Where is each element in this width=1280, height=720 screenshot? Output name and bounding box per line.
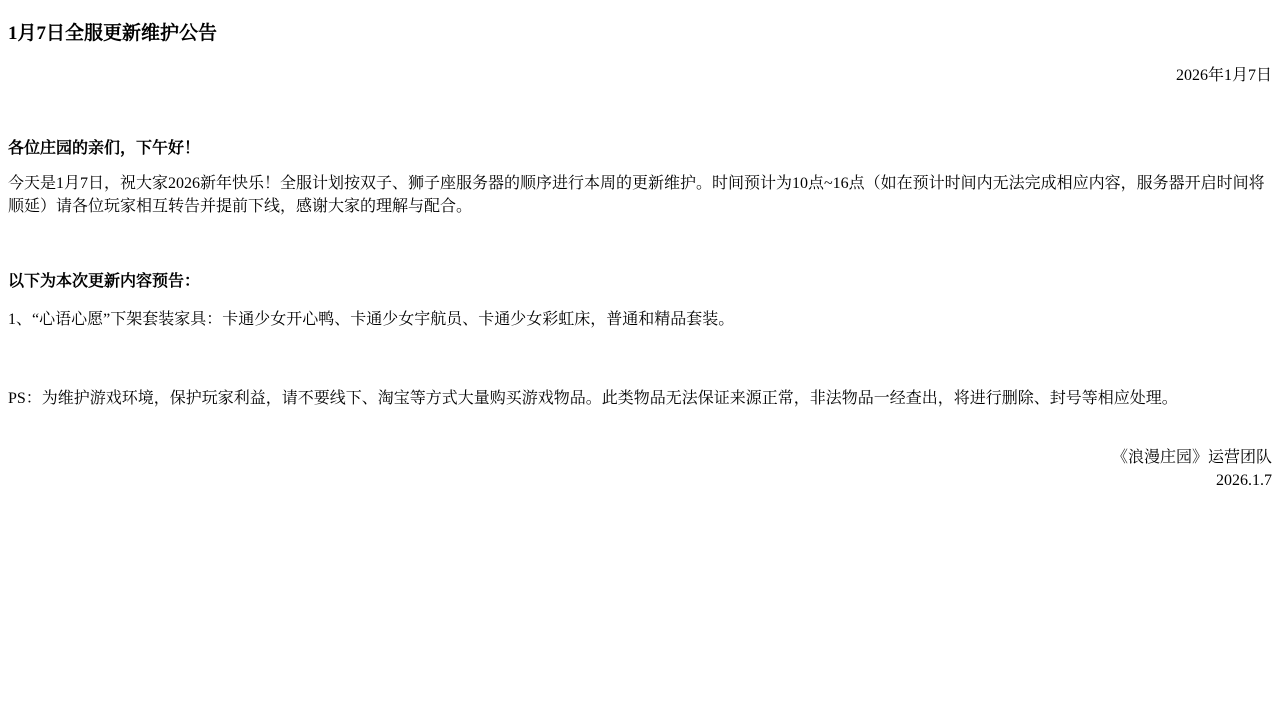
signature-block: 《浪漫庄园》运营团队 2026.1.7 xyxy=(8,446,1272,492)
ps-note: PS：为维护游戏环境，保护玩家利益，请不要线下、淘宝等方式大量购买游戏物品。此类… xyxy=(8,387,1272,410)
signature-date: 2026.1.7 xyxy=(8,469,1272,492)
signature-team: 《浪漫庄园》运营团队 xyxy=(8,446,1272,469)
preview-heading: 以下为本次更新内容预告： xyxy=(8,270,1272,293)
greeting-text: 各位庄园的亲们，下午好！ xyxy=(8,137,1272,160)
page-title: 1月7日全服更新维护公告 xyxy=(8,22,1272,45)
announcement-page: 1月7日全服更新维护公告 2026年1月7日 各位庄园的亲们，下午好！ 今天是1… xyxy=(0,0,1280,720)
update-item: 1、“心语心愿”下架套装家具：卡通少女开心鸭、卡通少女宇航员、卡通少女彩虹床，普… xyxy=(8,308,1272,331)
announcement-date: 2026年1月7日 xyxy=(8,64,1272,87)
intro-paragraph: 今天是1月7日，祝大家2026新年快乐！全服计划按双子、狮子座服务器的顺序进行本… xyxy=(8,172,1272,218)
